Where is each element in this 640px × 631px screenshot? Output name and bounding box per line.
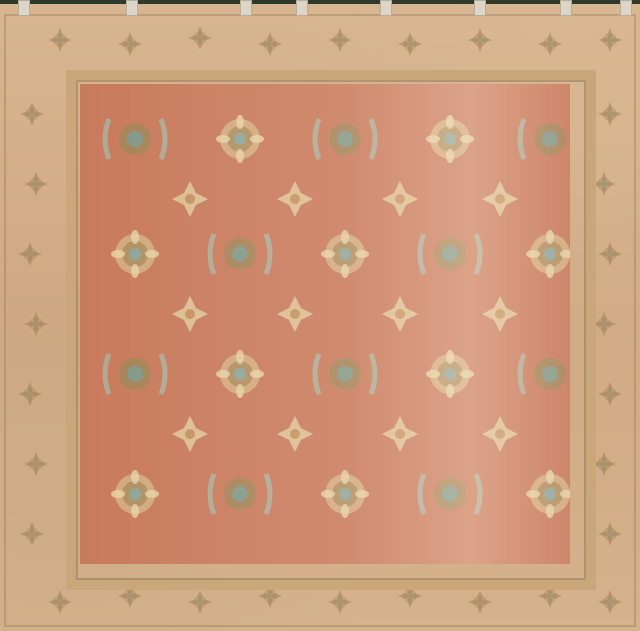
- hanging-clip: [126, 0, 138, 16]
- hanging-clip: [296, 0, 308, 16]
- hanging-clip: [380, 0, 392, 16]
- hanging-clip: [620, 0, 632, 16]
- rug-photograph: [0, 0, 640, 631]
- hanging-clip: [474, 0, 486, 16]
- rug-field: [80, 84, 570, 564]
- hanging-clip: [560, 0, 572, 16]
- rug: [0, 4, 640, 631]
- hanging-clip: [18, 0, 30, 16]
- hanging-clip: [240, 0, 252, 16]
- sun-fade-overlay: [80, 84, 570, 564]
